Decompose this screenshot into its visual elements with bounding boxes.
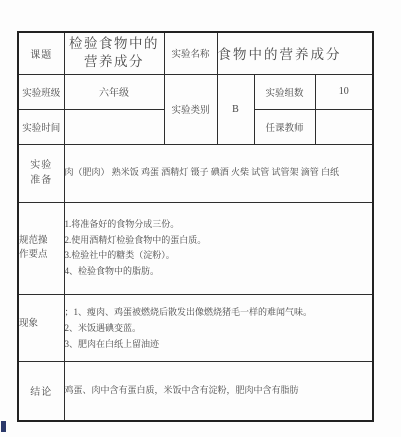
teacher-label: 任课教师 xyxy=(265,124,303,134)
row-preparation: 实验 准备 肉（肥肉） 熟米饭 鸡蛋 酒精灯 镊子 碘酒 火柴 试管 试管架 滴… xyxy=(18,144,373,202)
phenomena-item: 3、肥肉在白纸上留油迹 xyxy=(65,336,373,352)
prep-label-line2: 准备 xyxy=(19,173,64,188)
class-value: 六年级 xyxy=(99,88,129,99)
experiment-name-label: 实验名称 xyxy=(171,50,209,60)
prep-value: 肉（肥肉） 熟米饭 鸡蛋 酒精灯 镊子 碘酒 火柴 试管 试管架 滴管 白纸 xyxy=(65,167,340,177)
time-label: 实验时间 xyxy=(22,124,60,134)
type-value: B xyxy=(232,104,239,115)
experiment-name-label-cell: 实验名称 xyxy=(164,32,217,74)
procedure-step: 1.将准备好的食物分成三份。 xyxy=(65,217,373,233)
phenomena-item: ；1、瘦肉、鸡蛋被燃烧后散发出像燃烧猪毛一样的难闻气味。 xyxy=(65,304,373,320)
groups-value-cell: 10 xyxy=(315,74,373,109)
type-label-cell: 实验类别 xyxy=(164,74,217,144)
experiment-name-value: 食物中的营养成分 xyxy=(218,47,342,62)
prep-value-cell: 肉（肥肉） 熟米饭 鸡蛋 酒精灯 镊子 碘酒 火柴 试管 试管架 滴管 白纸 xyxy=(64,144,373,202)
experiment-name-value-cell: 食物中的营养成分 xyxy=(217,32,373,74)
phenomena-item: 2、米饭遇碘变蓝。 xyxy=(65,320,373,336)
type-label: 实验类别 xyxy=(171,106,209,116)
phenomena-label-cell: 现象 xyxy=(18,294,64,361)
groups-label: 实验组数 xyxy=(265,89,303,99)
topic-value-cell: 检验食物中的 营养成分 xyxy=(64,32,164,74)
type-value-cell: B xyxy=(217,74,254,144)
topic-value-line1: 检验食物中的 xyxy=(65,35,164,53)
class-label-cell: 实验班级 xyxy=(18,74,64,109)
procedure-label-line2: 作要点 xyxy=(19,248,64,262)
time-label-cell: 实验时间 xyxy=(18,109,64,144)
conclusion-label: 结论 xyxy=(30,387,52,398)
time-value-cell xyxy=(64,109,164,144)
scan-artifact-mark xyxy=(1,421,6,432)
conclusion-value-cell: 鸡蛋、肉中含有蛋白质，米饭中含有淀粉，肥肉中含有脂肪 xyxy=(64,361,373,421)
conclusion-label-cell: 结论 xyxy=(18,361,64,421)
topic-label: 课题 xyxy=(30,50,52,61)
conclusion-value: 鸡蛋、肉中含有蛋白质，米饭中含有淀粉，肥肉中含有脂肪 xyxy=(65,385,299,395)
phenomena-label: 现象 xyxy=(19,315,38,329)
procedure-label-line1: 规范操 xyxy=(19,234,64,248)
experiment-record-table: 课题 检验食物中的 营养成分 实验名称 食物中的营养成分 实验班级 六年级 实验… xyxy=(17,31,374,422)
procedure-value-cell: 1.将准备好的食物分成三份。 2.使用酒精灯检验食物中的蛋白质。 3.检验社中的… xyxy=(64,202,373,294)
teacher-value-cell xyxy=(315,109,373,144)
prep-label-cell: 实验 准备 xyxy=(18,144,64,202)
topic-value-line2: 营养成分 xyxy=(65,53,164,71)
row-phenomena: 现象 ；1、瘦肉、鸡蛋被燃烧后散发出像燃烧猪毛一样的难闻气味。 2、米饭遇碘变蓝… xyxy=(18,294,373,361)
class-value-cell: 六年级 xyxy=(64,74,164,109)
procedure-step: 4、检验食物中的脂肪。 xyxy=(65,264,373,280)
phenomena-value-cell: ；1、瘦肉、鸡蛋被燃烧后散发出像燃烧猪毛一样的难闻气味。 2、米饭遇碘变蓝。 3… xyxy=(64,294,373,361)
row-topic: 课题 检验食物中的 营养成分 实验名称 食物中的营养成分 xyxy=(18,32,373,74)
groups-label-cell: 实验组数 xyxy=(254,74,315,109)
topic-label-cell: 课题 xyxy=(18,32,64,74)
procedure-step: 2.使用酒精灯检验食物中的蛋白质。 xyxy=(65,233,373,249)
row-procedure: 规范操 作要点 1.将准备好的食物分成三份。 2.使用酒精灯检验食物中的蛋白质。… xyxy=(18,202,373,294)
row-class: 实验班级 六年级 实验类别 B 实验组数 10 xyxy=(18,74,373,109)
groups-value: 10 xyxy=(339,86,349,97)
row-conclusion: 结论 鸡蛋、肉中含有蛋白质，米饭中含有淀粉，肥肉中含有脂肪 xyxy=(18,361,373,421)
procedure-label-cell: 规范操 作要点 xyxy=(18,202,64,294)
prep-label-line1: 实验 xyxy=(19,158,64,173)
class-label: 实验班级 xyxy=(22,89,60,99)
procedure-step: 3.检验社中的糖类（淀粉）。 xyxy=(65,248,373,264)
teacher-label-cell: 任课教师 xyxy=(254,109,315,144)
